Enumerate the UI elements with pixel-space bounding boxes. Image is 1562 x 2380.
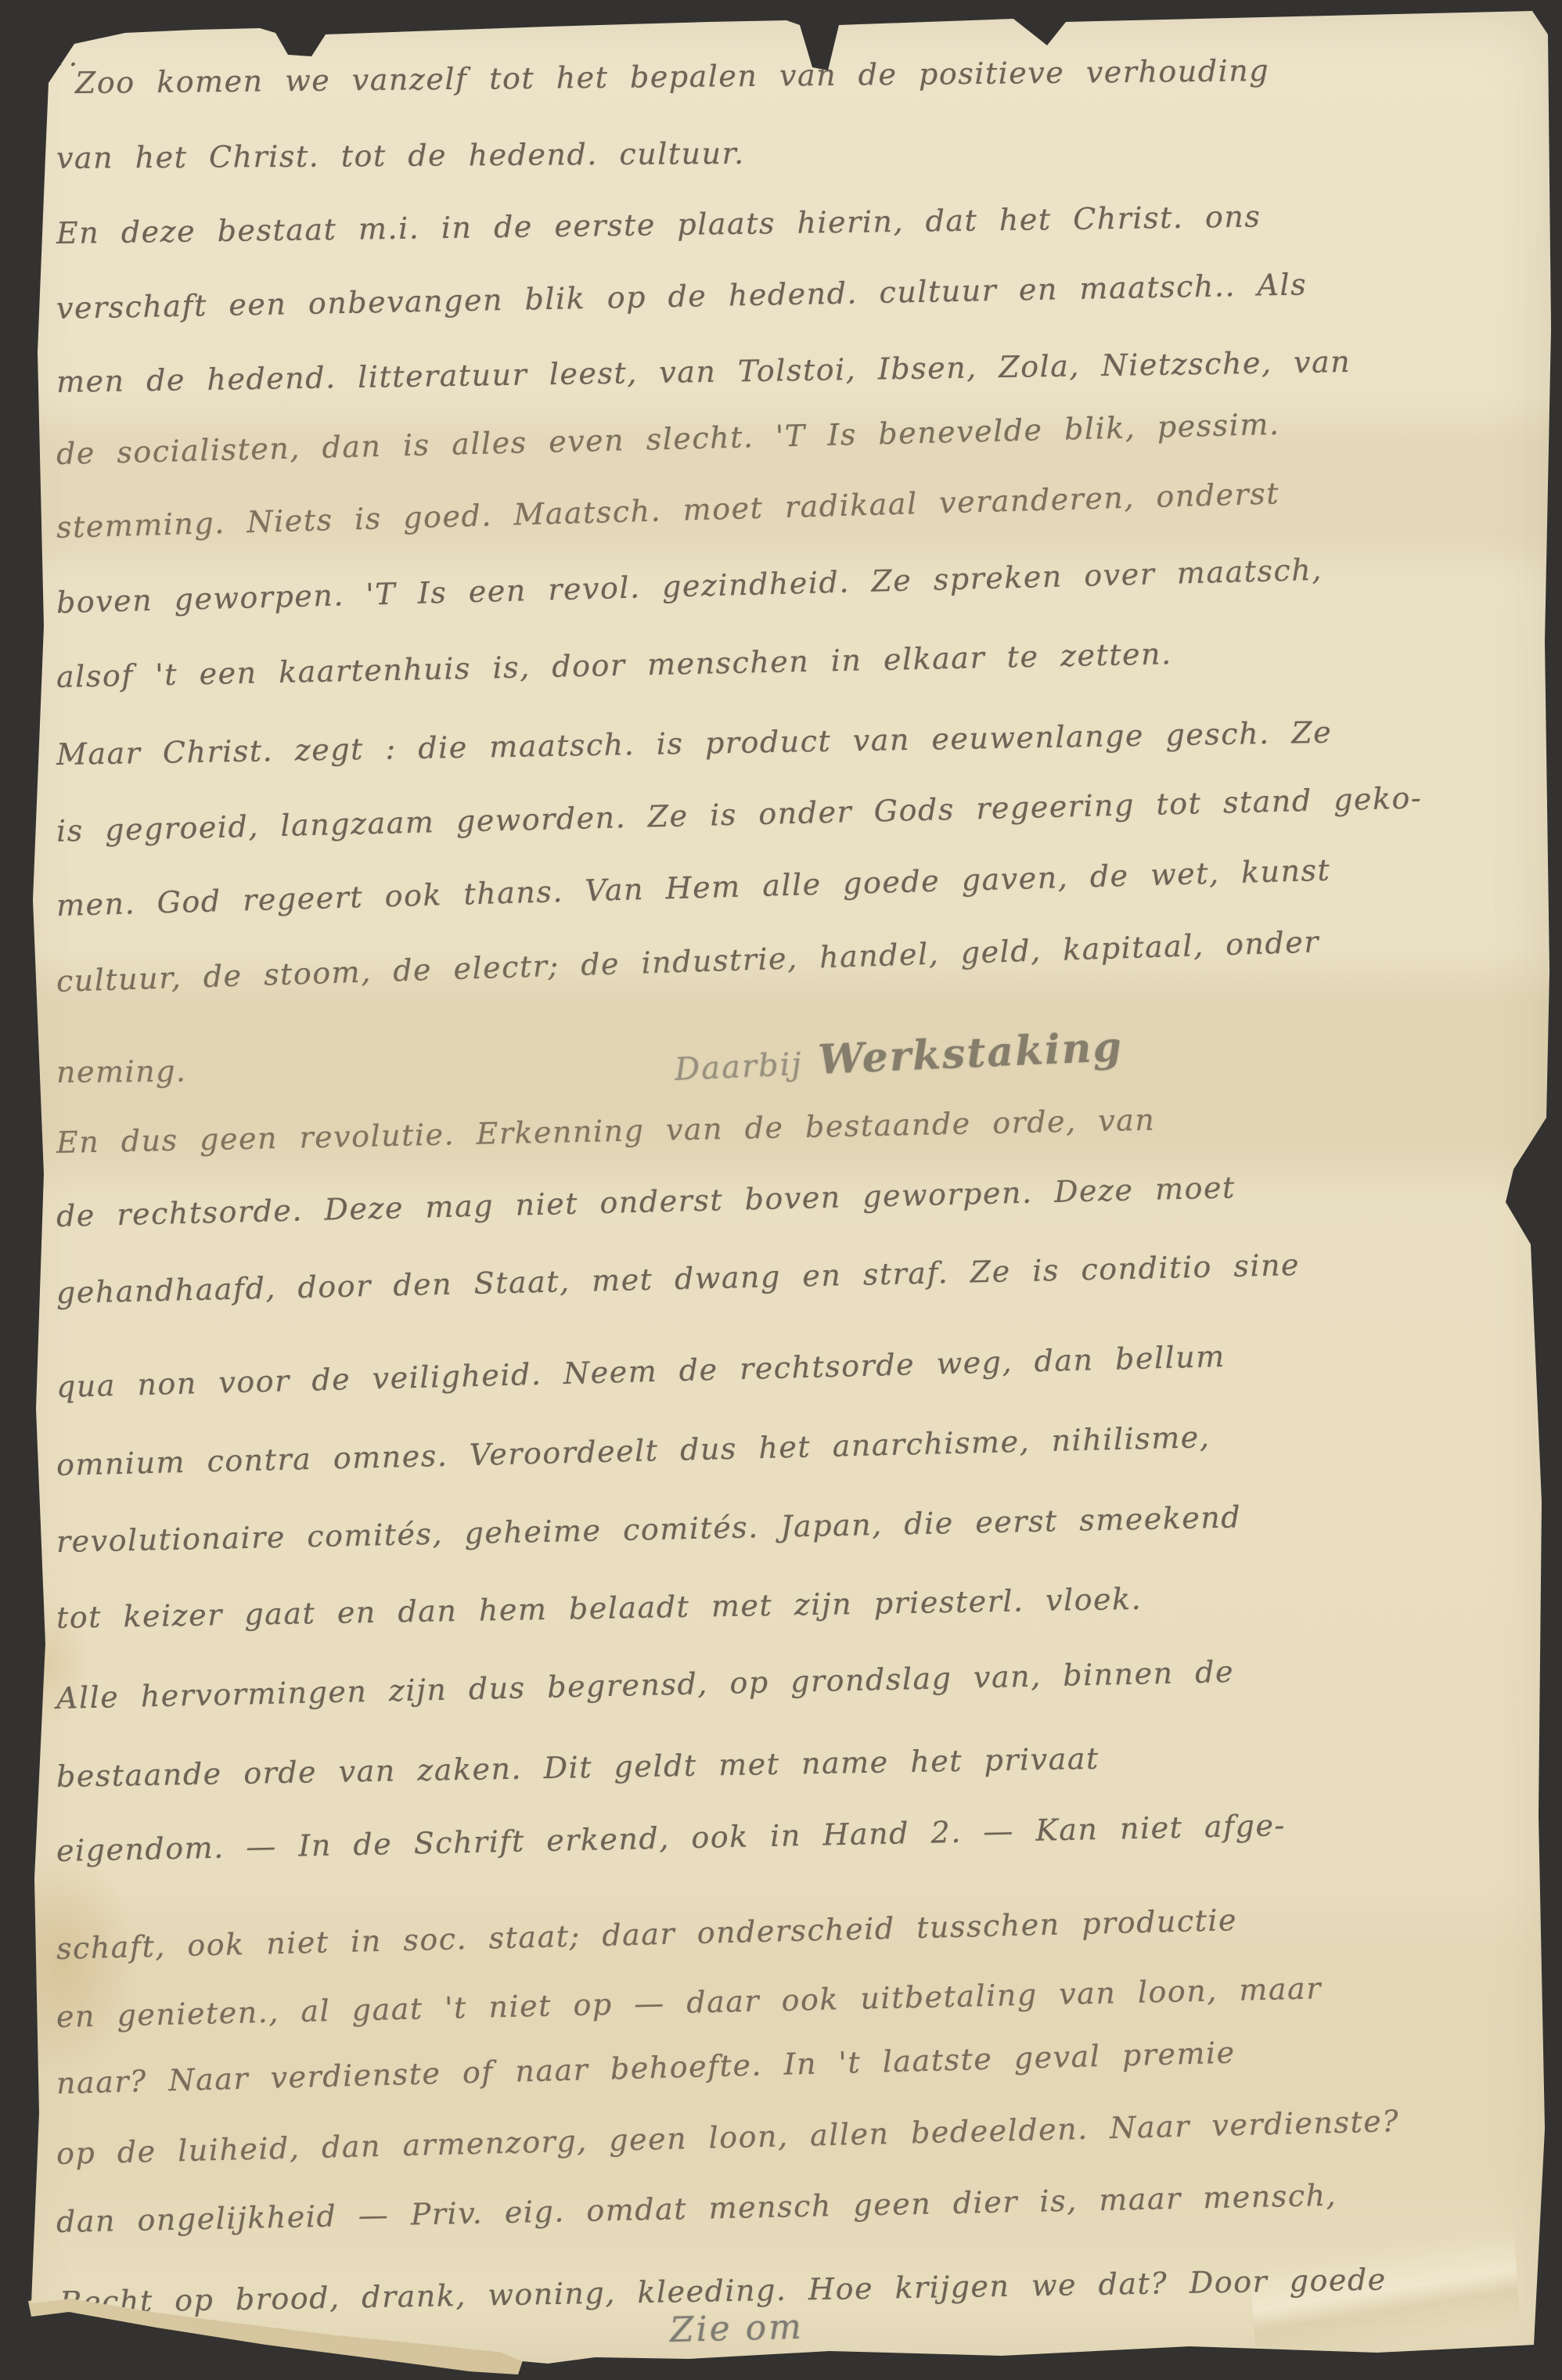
pencil-annotation-werkstaking: DaarbijWerkstaking bbox=[674, 1023, 1124, 1090]
handwritten-line: revolutionaire comités, geheime comités.… bbox=[56, 1500, 1242, 1559]
manuscript-page: 11. Zoo komen we vanzelf tot het bepalen… bbox=[0, 0, 1562, 2380]
handwritten-line: van het Christ. tot de hedend. cultuur. bbox=[56, 136, 745, 175]
handwritten-line: dan ongelijkheid — Priv. eig. omdat mens… bbox=[56, 2178, 1337, 2239]
handwritten-line: men de hedend. litteratuur leest, van To… bbox=[56, 344, 1351, 399]
handwritten-line: men. God regeert ook thans. Van Hem alle… bbox=[56, 853, 1330, 923]
handwritten-line: En deze bestaat m.i. in de eerste plaats… bbox=[56, 200, 1261, 250]
paper-stain bbox=[14, 1847, 139, 2082]
handwritten-line: neming. bbox=[56, 1054, 187, 1089]
handwritten-line: de socialisten, dan is alles even slecht… bbox=[56, 407, 1279, 471]
handwritten-line: en genieten., al gaat 't niet op — daar … bbox=[56, 1971, 1323, 2034]
handwritten-line: eigendom. — In de Schrift erkend, ook in… bbox=[56, 1808, 1287, 1868]
paper-stain bbox=[8, 1597, 94, 1730]
pencil-word-daarbij: Daarbij bbox=[674, 1046, 804, 1088]
handwritten-line: is gegroeid, langzaam geworden. Ze is on… bbox=[56, 780, 1422, 848]
handwritten-line: qua non voor de veiligheid. Neem de rech… bbox=[56, 1339, 1225, 1404]
handwritten-line: alsof 't een kaartenhuis is, door mensch… bbox=[56, 636, 1172, 694]
handwritten-line: schaft, ook niet in soc. staat; daar ond… bbox=[56, 1903, 1237, 1966]
handwritten-line: boven geworpen. 'T Is een revol. gezindh… bbox=[56, 553, 1323, 620]
handwritten-line: Maar Christ. zegt : die maatsch. is prod… bbox=[56, 715, 1333, 772]
handwritten-line: Recht op brood, drank, woning, kleeding.… bbox=[59, 2262, 1387, 2320]
handwritten-line: gehandhaafd, door den Staat, met dwang e… bbox=[56, 1248, 1301, 1310]
handwritten-line: Zoo komen we vanzelf tot het bepalen van… bbox=[75, 53, 1269, 100]
handwritten-line: de rechtsorde. Deze mag niet onderst bov… bbox=[56, 1170, 1236, 1233]
paper-crease bbox=[1248, 2229, 1522, 2364]
handwritten-line: En dus geen revolutie. Erkenning van de … bbox=[56, 1103, 1156, 1160]
handwritten-line: cultuur, de stoom, de electr; de industr… bbox=[56, 924, 1319, 999]
pencil-annotation-zie-om: Zie om bbox=[669, 2307, 804, 2350]
handwritten-line: Alle hervormingen zijn dus begrensd, op … bbox=[56, 1654, 1235, 1716]
handwritten-line: naar? Naar verdienste of naar behoefte. … bbox=[56, 2036, 1236, 2101]
handwritten-line: omnium contra omnes. Veroordeelt dus het… bbox=[56, 1420, 1210, 1482]
handwritten-line: tot keizer gaat en dan hem belaadt met z… bbox=[56, 1582, 1143, 1635]
scan-surface: 11. Zoo komen we vanzelf tot het bepalen… bbox=[0, 0, 1562, 2380]
handwritten-line: stemming. Niets is goed. Maatsch. moet r… bbox=[56, 476, 1279, 545]
page-number: 11. bbox=[30, 41, 79, 73]
handwritten-line: op de luiheid, dan armenzorg, geen loon,… bbox=[56, 2104, 1399, 2171]
handwritten-line: verschaft een onbevangen blik op de hede… bbox=[56, 267, 1308, 326]
pencil-word-werkstaking: Werkstaking bbox=[817, 1023, 1124, 1084]
handwritten-line: bestaande orde van zaken. Dit geldt met … bbox=[56, 1741, 1100, 1794]
